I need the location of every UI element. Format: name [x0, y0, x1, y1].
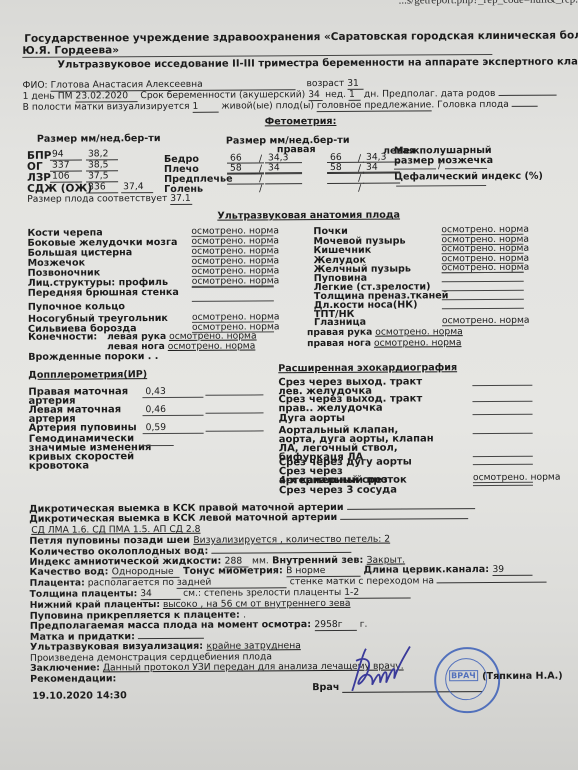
fetometry-title: Фетометрия: [265, 116, 337, 127]
anatomy-item-value: осмотрено. норма [442, 316, 524, 327]
fetus-row: В полости матки визуализируется 1 живой(… [23, 99, 538, 114]
anatomy-item-value: осмотрено. норма [192, 276, 274, 287]
slash-separator: / [259, 183, 262, 194]
echo-item-value [473, 485, 533, 486]
quality-label: Качество вод: [29, 566, 108, 577]
echo-item-value [473, 464, 533, 465]
lower-edge-label: Нижний край плаценты: [30, 599, 160, 611]
size-corresponds-label: Размер плода соответствует [27, 193, 167, 205]
lower-edge-value: высоко , на 56 см от внутреннего зева [163, 598, 351, 610]
uterus-field [138, 638, 204, 639]
fio-label: ФИО: [22, 80, 47, 91]
fluid-field [212, 552, 352, 554]
echo-item-label: Дуга аорты [279, 413, 429, 423]
fetometry-weeks-value: 37,4 [121, 182, 153, 193]
hemodynamics-field [142, 445, 174, 446]
right-arm-value: осмотрено. норма [375, 326, 463, 338]
head-label: . Головка плода [431, 99, 509, 110]
echo-item-value [473, 414, 533, 415]
anatomy-item-value [192, 286, 274, 288]
right-leg-row: правая нога осмотрено. норма [307, 337, 461, 349]
weight-unit: г. [360, 619, 368, 630]
limb-weeks-value: 34 [265, 163, 302, 173]
dicrotic-right-field [347, 508, 475, 510]
doppler-extra-field [205, 394, 263, 395]
doppler-vessel-label: Артерия пуповины [29, 422, 137, 434]
echo-item-label: Срез через выход. тракт прав.. желудочка [278, 394, 428, 413]
echo-item-label: Срез через 3 сосуда [279, 485, 429, 495]
report-title: Ультразвуковое исседование II-III тримес… [57, 56, 578, 70]
limb-weeks-value [265, 183, 302, 184]
doppler-ri-value: 0,43 [142, 387, 203, 398]
cerebellum-slash: / [438, 160, 441, 171]
due-date-value [498, 95, 556, 96]
echo-item-value [473, 433, 533, 434]
echo-item-value [472, 401, 532, 402]
left-leg-value: осмотрено. норма [168, 340, 256, 352]
anatomy-item-label: Пупочное кольцо [28, 301, 125, 313]
cavity-label: В полости матки визуализируется [23, 101, 190, 113]
stamp-label: ВРАЧ [449, 670, 478, 681]
report-datetime: 19.10.2020 14:30 [32, 690, 127, 702]
doppler-ri-value: 0,46 [142, 405, 203, 416]
hemodynamics-text-line: кровотока [29, 460, 89, 471]
anatomy-item-value [442, 299, 524, 301]
anatomy-item-value [442, 290, 524, 292]
fetometry-mm-value: 336 [86, 182, 118, 193]
cerebellum-field-1 [394, 168, 436, 169]
fetus-count: 1 [192, 102, 218, 113]
fetometry-left-header: Размер мм/нед.бер-ти [37, 133, 161, 145]
anatomy-item-label: Передняя брюшная стенка [28, 287, 179, 299]
weight-label: Предполагаемая масса плода на момент осм… [30, 619, 311, 632]
cephalic-label: Цефалический индекс (%) [394, 171, 543, 183]
limbs-label: Конечности: [28, 331, 97, 342]
weight-value: 2958г [314, 620, 356, 631]
anatomy-title: Ультразвуковая анатомия плода [217, 210, 400, 222]
doppler-extra-field [206, 430, 264, 431]
doppler-extra-field [206, 412, 264, 413]
echo-item-value [472, 385, 532, 386]
document-page: ...s/getreport.php?_rep_code=null&_rep. … [0, 0, 578, 770]
anatomy-item-value [192, 300, 274, 302]
age-label: возраст [306, 78, 344, 89]
cervix-label: Длина цервик.канала: [363, 564, 489, 576]
placenta-text: располагается по [88, 577, 174, 589]
doppler-title: Допплерометрия(ИР) [28, 369, 147, 381]
doppler-ri-value: 0,59 [143, 423, 204, 434]
doctor-name: (Тяпкина Н.А.) [482, 671, 563, 682]
echo-title: Расширенная эхокардиография [278, 362, 457, 374]
visualization-value: крайне затруднена [206, 640, 300, 652]
lmp-label: 1 день ПМ [23, 91, 73, 102]
presentation-value: головное предлежание [317, 100, 432, 112]
anatomy-item-value [442, 308, 524, 310]
institution-line-1: Государственное учреждение здравоохранен… [24, 29, 578, 45]
weeks-label: нед. [325, 89, 346, 100]
echo-item-value [473, 456, 533, 457]
recommendations-label: Рекомендации: [30, 673, 116, 685]
anatomy-item-value [442, 281, 524, 283]
right-leg-label: правая нога [307, 338, 371, 349]
cerebellum-field-2 [445, 168, 487, 169]
head-value [512, 106, 538, 107]
anatomy-item-value [442, 272, 524, 274]
institution-line-2: Ю.Я. Гордеева» [22, 44, 119, 57]
size-corresponds-value: 37.1 [170, 194, 192, 205]
thickness-label: Толщина плаценты: [30, 588, 138, 600]
conclusion-label: Заключение: [30, 662, 100, 673]
echo-item-label: 4-х камерный срез [279, 475, 429, 485]
limb-weeks-value [265, 173, 302, 174]
right-arm-label: правая рука [307, 327, 372, 338]
fetus-label: живой(ые) плод(ы) [221, 100, 314, 112]
limb-label: Голень [164, 184, 203, 195]
dicrotic-left-row: Дикротическая выемка в КСК левой маточно… [29, 511, 468, 525]
placenta-wall-label: стенке матки с переходом на [290, 575, 434, 587]
cephalic-field [396, 185, 486, 187]
fetometry-mm-value: 106 [50, 172, 82, 183]
cerebellum-label: Межполушарный размер мозжечка [394, 146, 514, 167]
days-label: дн. Предполаг. дата родов [364, 88, 496, 100]
placenta-transition-field [437, 582, 547, 584]
maturity-value: 1-2 [344, 588, 410, 599]
cord-loop-value: Визуализируется , количество петель: 2 [193, 534, 390, 546]
limb-weeks-value [363, 183, 400, 184]
placenta-label: Плацента: [30, 577, 85, 588]
browser-url-print: ...s/getreport.php?_rep_code=null&_rep. [399, 0, 578, 7]
signature-icon [344, 642, 424, 697]
right-leg-value: осмотрено. норма [374, 337, 462, 349]
dicrotic-left-field [341, 518, 469, 520]
slash-separator: / [358, 183, 361, 194]
echo-item-value: осмотрено. норма [473, 473, 533, 483]
doctor-label: Врач [312, 682, 339, 693]
malformations-label: Врожденные пороки . . [28, 351, 158, 363]
tone-label: Тонус миометрия: [183, 565, 283, 577]
